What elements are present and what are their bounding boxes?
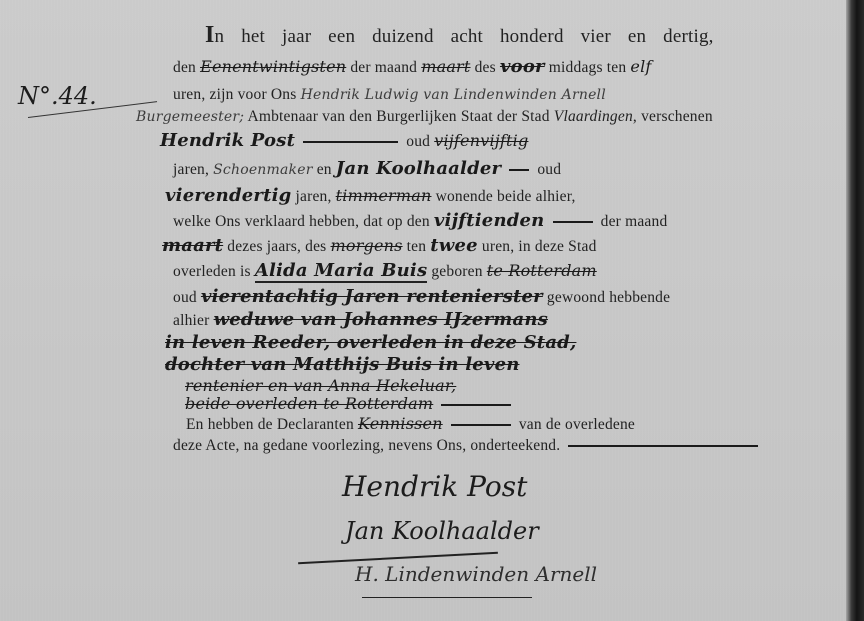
printed-text: uren, zijn voor Ons — [173, 86, 296, 103]
handwritten-death-day: vijftienden — [434, 210, 545, 231]
printed-text: En hebben de Declaranten — [186, 416, 354, 433]
printed-text: Ambtenaar van den Burgerlijken Staat der… — [247, 108, 549, 125]
line-age-deceased: oud vierentachtig Jaren rentenierster ge… — [173, 286, 670, 307]
printed-text: oud — [173, 289, 197, 306]
handwritten-age2: vierendertig — [165, 185, 291, 206]
handwritten-hour: elf — [630, 57, 651, 76]
city-name: Vlaardingen — [554, 108, 633, 125]
line-official: uren, zijn voor Ons Hendrik Ludwig van L… — [173, 86, 606, 104]
handwritten-day: Eenentwintigsten — [200, 57, 346, 76]
handwritten-declarant1-name: Hendrik Post — [160, 130, 295, 151]
printed-text: dezes jaars, des — [227, 238, 326, 255]
handwritten-birthplace: te Rotterdam — [487, 261, 597, 280]
printed-text: wonende beide alhier, — [436, 188, 576, 205]
handwritten-occupation2: timmerman — [336, 186, 432, 205]
printed-text: der maand — [601, 213, 668, 230]
printed-text: en — [317, 161, 332, 178]
printed-text: des — [475, 59, 496, 76]
line-daughter-of: dochter van Matthijs Buis in leven — [165, 354, 520, 375]
printed-text: der maand — [350, 59, 417, 76]
fill-line — [451, 424, 511, 426]
fill-line — [303, 141, 398, 143]
printed-text: geboren — [431, 263, 482, 280]
line-declarant1: Hendrik Post oud vijfenvijftig — [160, 130, 528, 151]
handwritten-death-hour: twee — [430, 235, 478, 256]
handwritten-age1: vijfenvijftig — [434, 131, 528, 150]
handwritten-occupation1: Schoenmaker — [213, 162, 312, 178]
handwritten-parents-deceased: beide overleden te Rotterdam — [185, 394, 433, 413]
printed-text: gewoond hebbende — [547, 289, 670, 306]
printed-text: welke Ons verklaard hebben, dat op den — [173, 213, 430, 230]
handwritten-month: maart — [421, 57, 470, 76]
line-husband-detail: in leven Reeder, overleden in deze Stad, — [165, 332, 576, 353]
heading-line: In het jaar een duizend acht honderd vie… — [205, 22, 714, 49]
heading-text: n het jaar een duizend acht honderd vier… — [215, 26, 714, 47]
printed-text: oud — [406, 133, 430, 150]
printed-text: uren, in deze Stad — [482, 238, 597, 255]
fill-line — [553, 221, 593, 223]
line-parents-died: beide overleden te Rotterdam — [185, 394, 515, 414]
line-verklaard: welke Ons verklaard hebben, dat op den v… — [173, 210, 667, 231]
line-declarants: En hebben de Declaranten Kennissen van d… — [186, 414, 635, 434]
line-age2: vierendertig jaren, timmerman wonende be… — [165, 185, 576, 206]
line-time: maart dezes jaars, des morgens ten twee … — [162, 235, 597, 256]
printed-text: , verschenen — [633, 108, 713, 125]
printed-text: overleden is — [173, 263, 251, 280]
printed-text: alhier — [173, 312, 209, 329]
printed-text: den — [173, 59, 196, 76]
line-deceased: overleden is Alida Maria Buis geboren te… — [173, 260, 597, 283]
printed-text: jaren, — [173, 161, 209, 178]
printed-text: middags ten — [549, 59, 627, 76]
signature-mayor: H. Lindenwinden Arnell — [355, 562, 597, 586]
handwritten-relation: Kennissen — [358, 414, 443, 433]
line-mother: rentenier en van Anna Hekeluar, — [185, 376, 456, 396]
printed-text: van de overledene — [519, 416, 635, 433]
line-signed: deze Acte, na gedane voorlezing, nevens … — [173, 437, 762, 455]
line-ambtenaar: Burgemeester; Ambtenaar van den Burgerli… — [136, 108, 713, 126]
fill-line — [441, 404, 511, 406]
signature-hendrik-post: Hendrik Post — [342, 470, 527, 503]
handwritten-mother: rentenier en van Anna Hekeluar, — [185, 376, 456, 395]
printed-text: oud — [537, 161, 561, 178]
record-number: N°.44. — [18, 82, 97, 110]
printed-text: deze Acte, na gedane voorlezing, nevens … — [173, 437, 560, 454]
line-date: den Eenentwintigsten der maand maart des… — [173, 56, 652, 77]
handwritten-declarant2-name: Jan Koolhaalder — [336, 158, 501, 179]
drop-initial: I — [205, 22, 215, 48]
handwritten-husband-detail: in leven Reeder, overleden in deze Stad, — [165, 332, 576, 353]
printed-text: ten — [407, 238, 427, 255]
fill-line — [568, 445, 758, 447]
handwritten-deceased-age-occupation: vierentachtig Jaren rentenierster — [201, 286, 543, 307]
handwritten-title: Burgemeester; — [136, 109, 244, 125]
handwritten-voor: voor — [500, 56, 545, 77]
handwritten-deceased-name: Alida Maria Buis — [255, 260, 427, 283]
handwritten-official-name: Hendrik Ludwig van Lindenwinden Arnell — [301, 87, 606, 103]
handwritten-death-month: maart — [162, 235, 223, 256]
line-widow: alhier weduwe van Johannes IJzermans — [173, 309, 548, 330]
scan-edge-shadow — [846, 0, 864, 621]
line-occupation1: jaren, Schoenmaker en Jan Koolhaalder ou… — [173, 158, 561, 179]
document-page: N°.44. In het jaar een duizend acht hond… — [0, 0, 852, 621]
printed-text: jaren, — [296, 188, 332, 205]
signature-underline — [362, 597, 532, 598]
fill-line — [509, 169, 529, 171]
handwritten-time-of-day: morgens — [331, 236, 403, 255]
handwritten-widow-of: weduwe van Johannes IJzermans — [214, 309, 548, 330]
handwritten-father: dochter van Matthijs Buis in leven — [165, 354, 520, 375]
signature-jan-koolhaalder: Jan Koolhaalder — [345, 517, 539, 545]
